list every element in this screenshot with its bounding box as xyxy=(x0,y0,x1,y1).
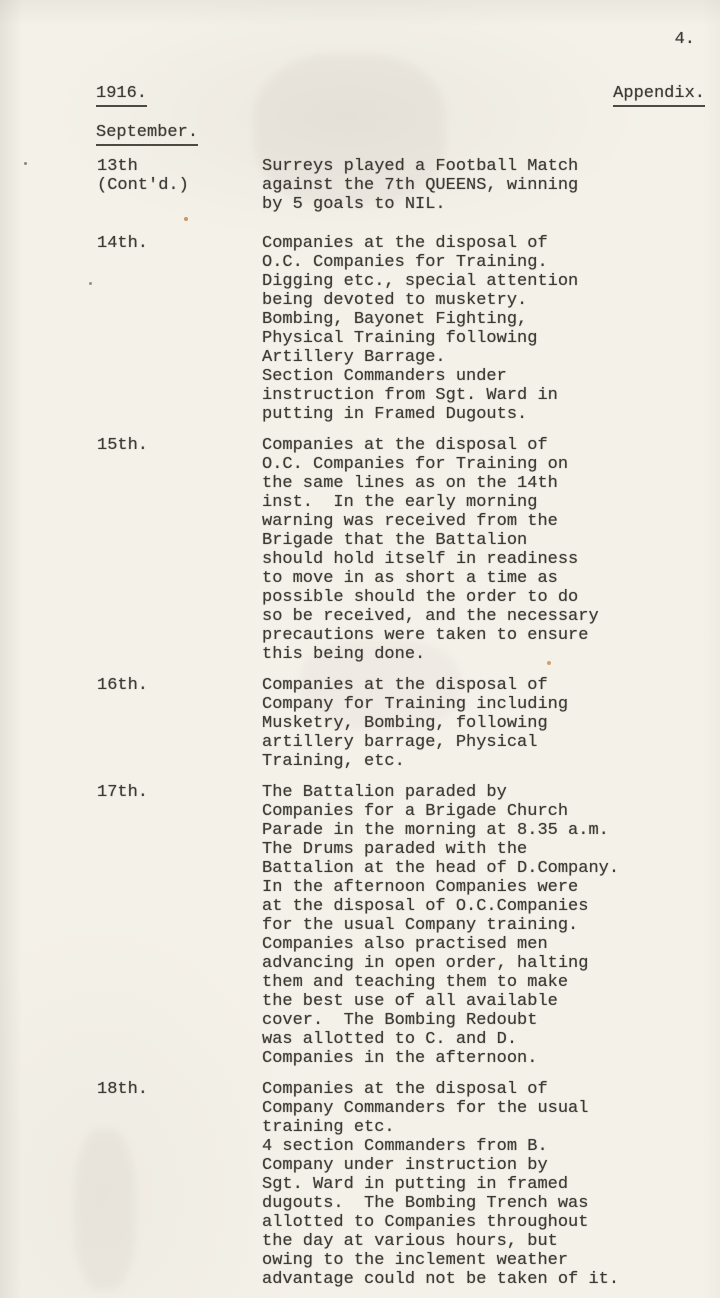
entry-text: Companies at the disposal of Company Com… xyxy=(262,1080,705,1289)
appendix-heading: Appendix. xyxy=(613,84,705,107)
page-header: 1916. Appendix. xyxy=(96,84,705,107)
entry-18th: 18th. Companies at the disposal of Compa… xyxy=(97,1080,705,1289)
page-number: 4. xyxy=(675,30,695,49)
entry-text: The Battalion paraded by Companies for a… xyxy=(262,783,705,1068)
entry-14th: 14th. Companies at the disposal of O.C. … xyxy=(97,234,705,424)
entry-text: Companies at the disposal of O.C. Compan… xyxy=(262,234,705,424)
entry-date: 14th. xyxy=(97,234,262,424)
entry-date: 17th. xyxy=(97,783,262,1068)
entry-17th: 17th. The Battalion paraded by Companies… xyxy=(97,783,705,1068)
entry-15th: 15th. Companies at the disposal of O.C. … xyxy=(97,436,705,664)
diary-entries: 13th (Cont'd.) Surreys played a Football… xyxy=(97,157,705,1298)
entry-date: 18th. xyxy=(97,1080,262,1289)
month-heading-label: September. xyxy=(96,123,198,146)
scanned-page: 4. 1916. Appendix. September. 13th (Cont… xyxy=(0,0,720,1298)
entry-text: Companies at the disposal of Company for… xyxy=(262,676,705,771)
paper-speck xyxy=(24,162,27,165)
year-heading: 1916. xyxy=(96,84,147,107)
paper-speck xyxy=(89,282,92,285)
entry-text: Surreys played a Football Match against … xyxy=(262,157,705,214)
month-heading: September. xyxy=(96,123,198,146)
entry-date: 13th (Cont'd.) xyxy=(97,157,262,214)
entry-date: 16th. xyxy=(97,676,262,771)
entry-13th-contd: 13th (Cont'd.) Surreys played a Football… xyxy=(97,157,705,214)
entry-16th: 16th. Companies at the disposal of Compa… xyxy=(97,676,705,771)
entry-text: Companies at the disposal of O.C. Compan… xyxy=(262,436,705,664)
entry-date: 15th. xyxy=(97,436,262,664)
